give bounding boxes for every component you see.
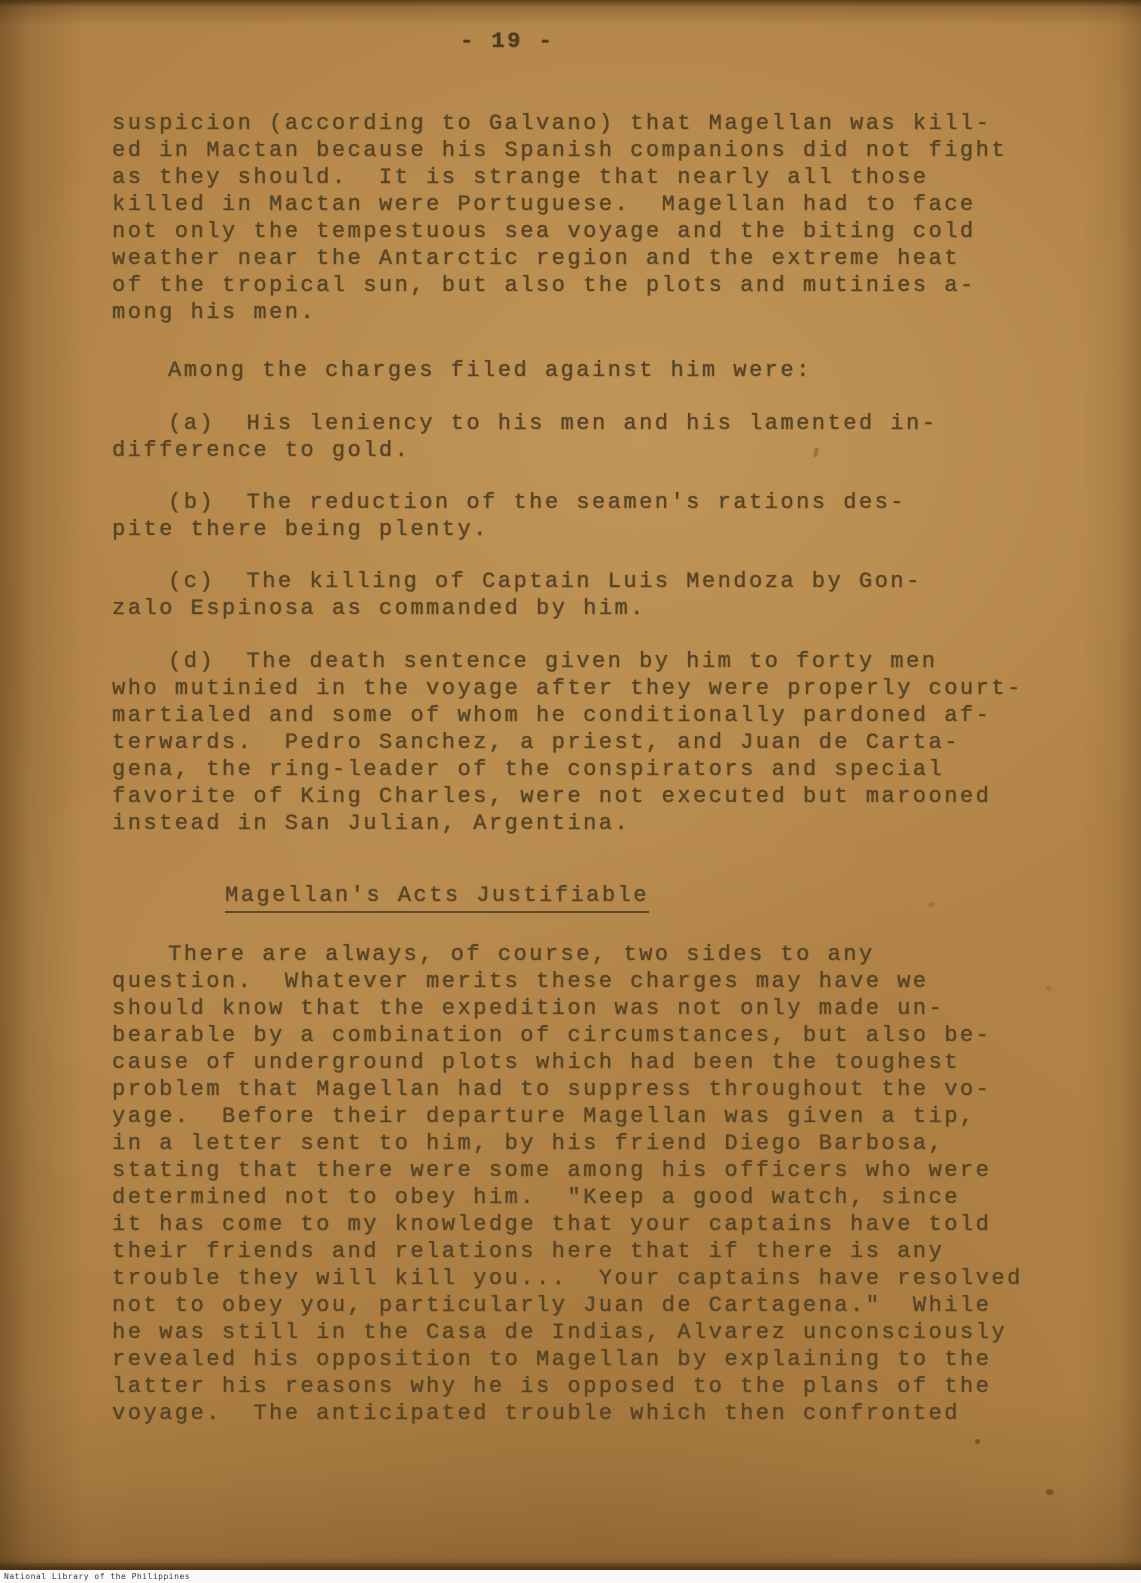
- section-heading: Magellan's Acts Justifiable: [225, 882, 649, 913]
- charge-item-a: (a) His leniency to his men and his lame…: [112, 410, 1052, 464]
- scan-footer-strip: National Library of the Philippines: [0, 1570, 1141, 1583]
- charge-item-c: (c) The killing of Captain Luis Mendoza …: [112, 568, 1052, 622]
- paper-background: - 19 - suspicion (according to Galvano) …: [0, 0, 1141, 1570]
- paragraph-charges-intro: Among the charges filed against him were…: [112, 357, 1052, 384]
- paper-speck: [928, 902, 935, 907]
- paper-speck: [975, 1439, 980, 1444]
- paper-speck: [1046, 1489, 1054, 1495]
- charge-item-d: (d) The death sentence given by him to f…: [112, 648, 1052, 837]
- paper-bottom-edge: [0, 1563, 1141, 1570]
- scanned-document-page: - 19 - suspicion (according to Galvano) …: [0, 0, 1141, 1583]
- page-number: - 19 -: [460, 28, 554, 55]
- library-credit: National Library of the Philippines: [0, 1570, 190, 1583]
- paragraph-two-sides: There are always, of course, two sides t…: [112, 941, 1052, 1427]
- paragraph-suspicion: suspicion (according to Galvano) that Ma…: [112, 110, 1052, 326]
- charge-item-b: (b) The reduction of the seamen's ration…: [112, 489, 1052, 543]
- paper-speck: [1046, 986, 1052, 991]
